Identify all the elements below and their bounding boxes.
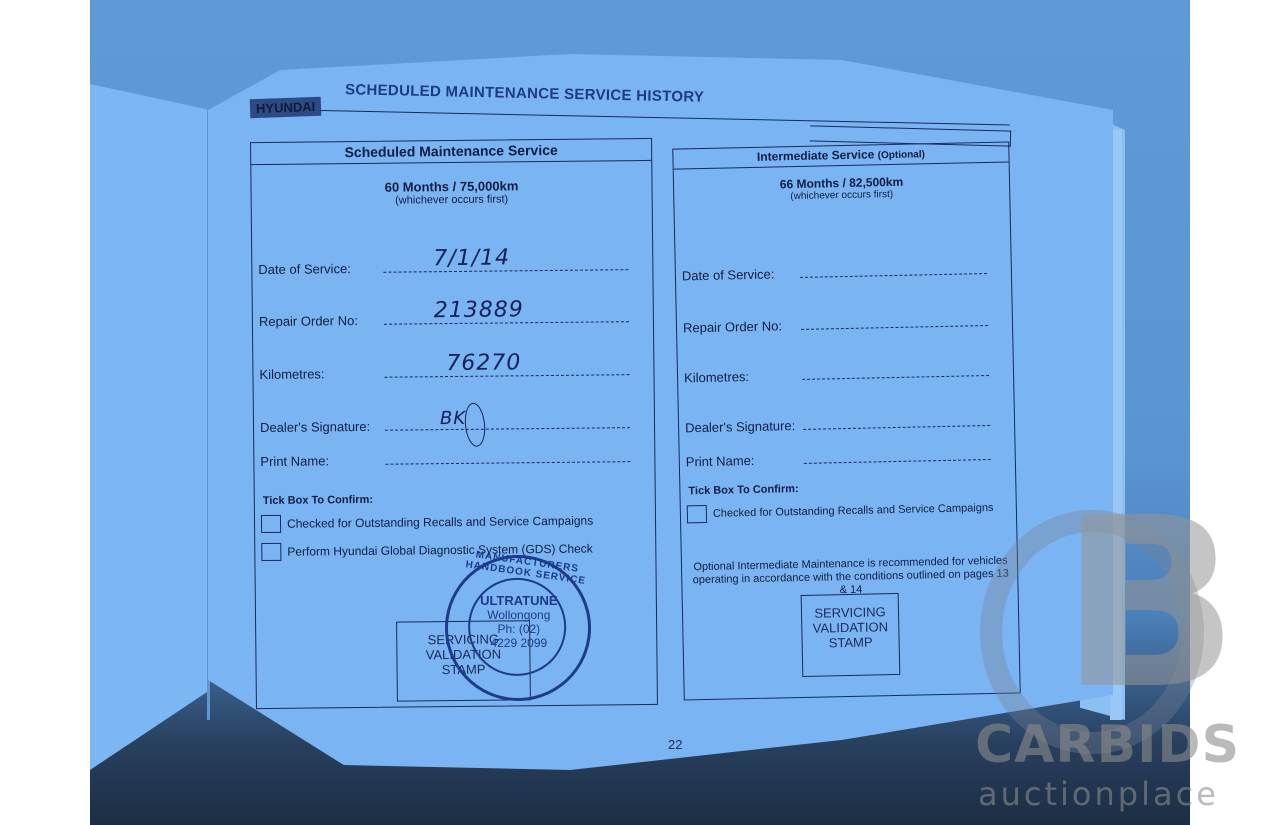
handwritten-value: 213889 (434, 297, 524, 323)
gds-checkbox[interactable] (261, 543, 281, 561)
booklet-photo: HYUNDAI SCHEDULED MAINTENANCE SERVICE HI… (90, 0, 1190, 825)
date-of-service-input[interactable]: 7/1/14 (383, 247, 628, 273)
int-kilometres-input[interactable] (802, 353, 989, 380)
field-label: Date of Service: (682, 266, 800, 283)
field-label: Kilometres: (259, 366, 384, 382)
tick-label: Checked for Outstanding Recalls and Serv… (713, 502, 994, 520)
field-kilometres: Kilometres: 76270 (259, 352, 629, 382)
field-date-of-service: Date of Service: 7/1/14 (258, 247, 628, 277)
int-dealer-signature-input[interactable] (803, 403, 990, 430)
int-date-of-service-input[interactable] (800, 251, 987, 278)
field-label: Kilometres: (684, 368, 802, 385)
intermediate-heading-text: Intermediate Service (757, 147, 875, 163)
tick-label: Perform Hyundai Global Diagnostic System… (287, 542, 593, 559)
int-field-print-name: Print Name: (685, 437, 990, 469)
brand-badge: HYUNDAI (250, 97, 322, 118)
tick-recalls: Checked for Outstanding Recalls and Serv… (261, 512, 593, 533)
field-label: Dealer's Signature: (260, 419, 385, 435)
field-repair-order: Repair Order No: 213889 (259, 299, 629, 329)
stamp-line: STAMP (802, 634, 898, 651)
field-label: Print Name: (686, 452, 804, 469)
int-repair-order-input[interactable] (801, 303, 988, 330)
dealer-signature-input[interactable]: BK (385, 405, 630, 431)
handwritten-value: 76270 (446, 350, 521, 376)
int-recalls-checkbox[interactable] (687, 505, 707, 523)
print-name-input[interactable] (385, 439, 630, 465)
int-field-kilometres: Kilometres: (684, 353, 989, 385)
stamp-text: ULTRATUNE Wollongong Ph: (02) 4229 2099 (459, 594, 579, 650)
int-field-date-of-service: Date of Service: (682, 251, 987, 283)
int-validation-stamp-box: SERVICING VALIDATION STAMP (801, 593, 901, 677)
dealer-location: Wollongong (459, 608, 579, 622)
intermediate-period: 66 Months / 82,500km (whichever occurs f… (674, 173, 1009, 205)
kilometres-input[interactable]: 76270 (384, 352, 629, 378)
dealer-name: ULTRATUNE (480, 593, 558, 608)
handwritten-value: 7/1/14 (433, 245, 510, 271)
int-print-name-input[interactable] (803, 437, 990, 464)
intermediate-service-heading: Intermediate Service (Optional) (673, 143, 1008, 170)
int-tick-heading: Tick Box To Confirm: (688, 483, 798, 497)
scheduled-service-heading: Scheduled Maintenance Service (251, 139, 651, 165)
dealer-phone-1: Ph: (02) (459, 622, 579, 636)
tick-label: Checked for Outstanding Recalls and Serv… (287, 514, 593, 531)
signature-value: BK (440, 408, 466, 429)
tick-heading: Tick Box To Confirm: (263, 494, 373, 507)
field-label: Date of Service: (258, 261, 383, 277)
scheduled-period: 60 Months / 75,000km (whichever occurs f… (251, 177, 651, 208)
left-page (90, 80, 210, 780)
recalls-checkbox[interactable] (261, 515, 281, 533)
field-print-name: Print Name: (260, 439, 630, 469)
field-label: Repair Order No: (683, 318, 801, 335)
field-label: Repair Order No: (259, 313, 384, 329)
repair-order-input[interactable]: 213889 (384, 299, 629, 325)
int-field-dealer-signature: Dealer's Signature: (685, 403, 990, 435)
int-tick-recalls: Checked for Outstanding Recalls and Serv… (687, 499, 994, 523)
stamp-line: VALIDATION (802, 619, 898, 636)
field-label: Dealer's Signature: (685, 418, 803, 435)
intermediate-heading-note: (Optional) (878, 149, 925, 161)
field-dealer-signature: Dealer's Signature: BK (260, 405, 630, 435)
tick-gds: Perform Hyundai Global Diagnostic System… (261, 540, 593, 561)
page-number: 22 (668, 737, 682, 752)
field-label: Print Name: (260, 453, 385, 469)
dealer-phone-2: 4229 2099 (459, 636, 579, 650)
intermediate-service-section: Intermediate Service (Optional) 66 Month… (672, 142, 1020, 701)
int-field-repair-order: Repair Order No: (683, 303, 988, 335)
